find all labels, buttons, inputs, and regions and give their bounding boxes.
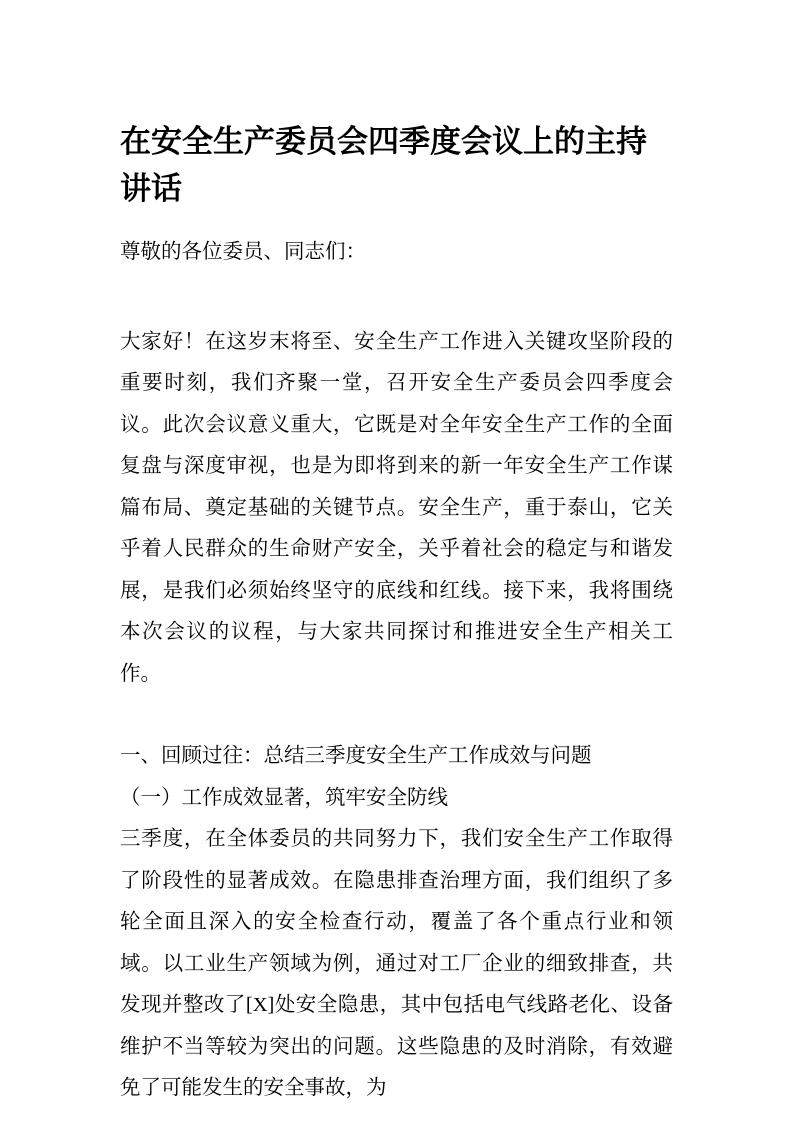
document-title: 在安全生产委员会四季度会议上的主持讲话 (120, 118, 673, 212)
document-page: 在安全生产委员会四季度会议上的主持讲话 尊敬的各位委员、同志们： 大家好！在这岁… (0, 0, 793, 1122)
section-heading: 一、回顾过往：总结三季度安全生产工作成效与问题 (120, 736, 673, 778)
document-content: 在安全生产委员会四季度会议上的主持讲话 尊敬的各位委员、同志们： 大家好！在这岁… (0, 0, 793, 1110)
salutation-line: 尊敬的各位委员、同志们： (120, 232, 673, 274)
body-paragraph: 三季度，在全体委员的共同努力下，我们安全生产工作取得了阶段性的显著成效。在隐患排… (120, 819, 673, 1110)
subsection-heading: （一）工作成效显著，筑牢安全防线 (120, 778, 673, 820)
intro-paragraph: 大家好！在这岁末将至、安全生产工作进入关键攻坚阶段的重要时刻，我们齐聚一堂，召开… (120, 322, 673, 696)
